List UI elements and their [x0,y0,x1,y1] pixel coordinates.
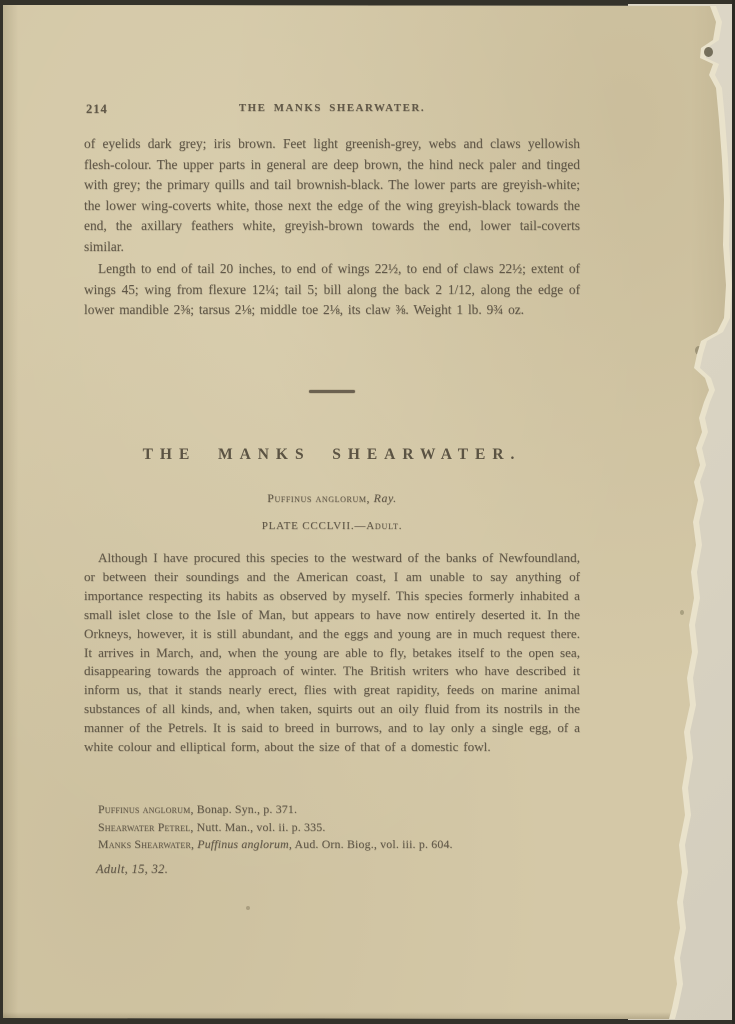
species-line: Puffinus anglorum, Ray. [84,491,580,506]
paper-speck [246,906,250,910]
text-column: 214 THE MANKS SHEARWATER. of eyelids dar… [84,0,580,1024]
description-paragraph: of eyelids dark grey; iris brown. Feet l… [84,134,580,257]
book-page: 214 THE MANKS SHEARWATER. of eyelids dar… [0,0,735,1024]
references-list: Puffinus anglorum, Bonap. Syn., p. 371. … [84,801,580,854]
running-header: THE MANKS SHEARWATER. [84,102,580,114]
reference-source: Aud. Orn. Biog., vol. iii. p. 604. [292,837,453,851]
species-name: Puffinus anglorum, [267,491,370,505]
reference-item: Manks Shearwater, Puffinus anglorum, Aud… [84,836,580,854]
page-header: 214 THE MANKS SHEARWATER. [84,102,580,118]
paper-speck [680,610,684,615]
tear-dark-spot [704,47,713,57]
reference-binomial: Puffinus anglorum, [194,837,292,851]
reference-species: Puffinus anglorum, [98,802,194,816]
reference-species: Manks Shearwater, [98,837,194,851]
scanned-book-page: 214 THE MANKS SHEARWATER. of eyelids dar… [0,0,735,1024]
reference-item: Puffinus anglorum, Bonap. Syn., p. 371. [84,801,580,819]
measurement-footnote: Adult, 15, 32. [96,862,168,877]
section-divider [309,390,355,393]
reference-source: Nutt. Man., vol. ii. p. 335. [194,820,326,834]
reference-species: Shearwater Petrel, [98,820,194,834]
reference-item: Shearwater Petrel, Nutt. Man., vol. ii. … [84,819,580,837]
page-number: 214 [86,102,108,117]
article-body: Although I have procured this species to… [84,549,580,757]
species-authority: Ray. [374,491,397,505]
plate-line: PLATE CCCLVII.—Adult. [84,520,580,532]
article-title: THE MANKS SHEARWATER. [84,446,580,464]
measurements-paragraph: Length to end of tail 20 inches, to end … [84,259,580,321]
reference-source: Bonap. Syn., p. 371. [194,802,298,816]
